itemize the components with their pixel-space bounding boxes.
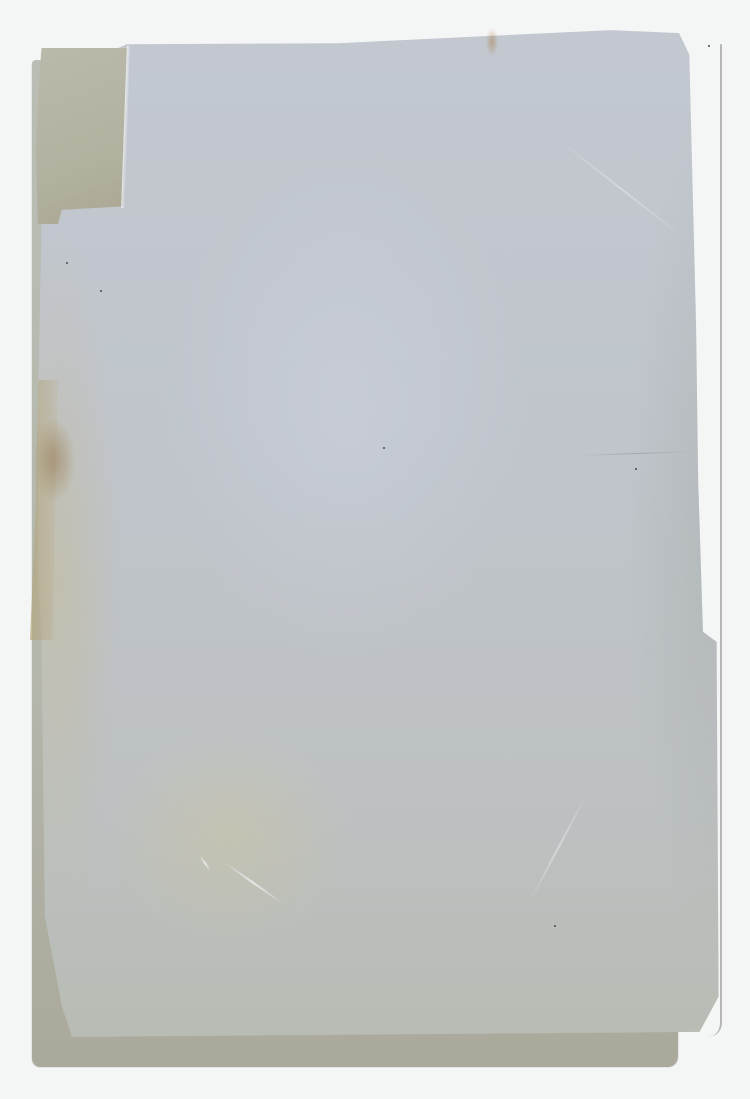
folded-corner-tab	[36, 48, 128, 224]
paper-sheet	[38, 24, 720, 1037]
dust-speck	[66, 262, 68, 264]
dust-speck	[383, 447, 385, 449]
dust-speck	[635, 468, 637, 470]
dust-speck	[554, 925, 556, 927]
rust-spot	[486, 28, 498, 56]
dust-speck	[100, 290, 102, 292]
dust-speck	[708, 45, 710, 47]
